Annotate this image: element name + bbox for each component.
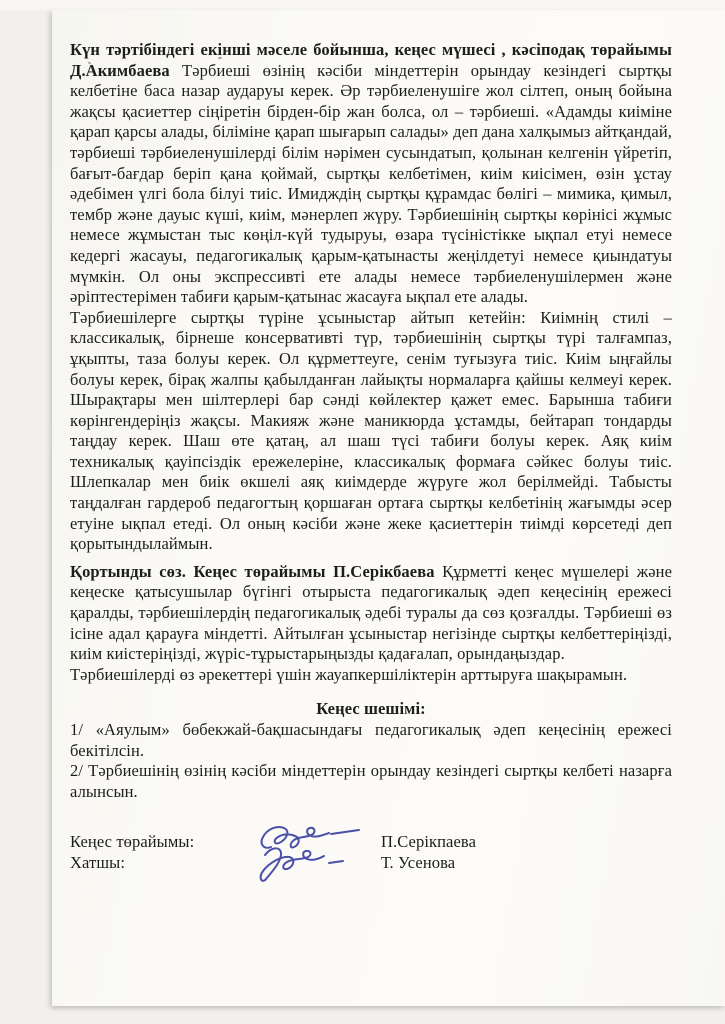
paragraph-recommendations: Тәрбиешілерге сыртқы түріне ұсыныстар ай… xyxy=(70,308,672,555)
decision-heading: Кеңес шешімі: xyxy=(70,699,672,720)
signature-block: Кеңес төрайымы: П.Серікпаева Хатшы: xyxy=(70,832,672,874)
paragraph-closing-word: Қортынды сөз. Кеңес төрайымы П.Серікбаев… xyxy=(70,562,672,665)
secretary-name: Т. Усенова xyxy=(381,853,455,874)
scan-background xyxy=(0,0,725,10)
signature-row-chair: Кеңес төрайымы: П.Серікпаева xyxy=(70,832,672,853)
speaker-lead-serikbaeva: Қортынды сөз. Кеңес төрайымы П.Серікбаев… xyxy=(70,562,435,581)
chair-role-label: Кеңес төрайымы: xyxy=(70,832,255,853)
secretary-role-label: Хатшы: xyxy=(70,853,255,874)
signature-row-secretary: Хатшы: Т. Усенова xyxy=(70,853,672,874)
paragraph-second-issue: Күн тәртібіндегі екінші мәселе бойынша, … xyxy=(70,40,672,308)
paragraph-second-issue-text: Тәрбиеші өзінің кәсіби міндеттерін орынд… xyxy=(70,61,672,307)
paragraph-recommendations-text: Тәрбиешілерге сыртқы түріне ұсыныстар ай… xyxy=(70,308,672,554)
document-body: Күн тәртібіндегі екінші мәселе бойынша, … xyxy=(70,40,672,874)
decision-item-1: 1/ «Аяулым» бөбекжай-бақшасындағы педаго… xyxy=(70,720,672,761)
document-page: Күн тәртібіндегі екінші мәселе бойынша, … xyxy=(52,10,725,1006)
paragraph-responsibility-text: Тәрбиешілерді өз әрекеттері үшін жауапке… xyxy=(70,665,627,684)
paragraph-responsibility: Тәрбиешілерді өз әрекеттері үшін жауапке… xyxy=(70,665,672,686)
chair-name: П.Серікпаева xyxy=(381,832,476,853)
secretary-signature-icon xyxy=(255,853,373,874)
decision-item-2: 2/ Тәрбиешінің өзінің кәсіби міндеттерін… xyxy=(70,761,672,802)
